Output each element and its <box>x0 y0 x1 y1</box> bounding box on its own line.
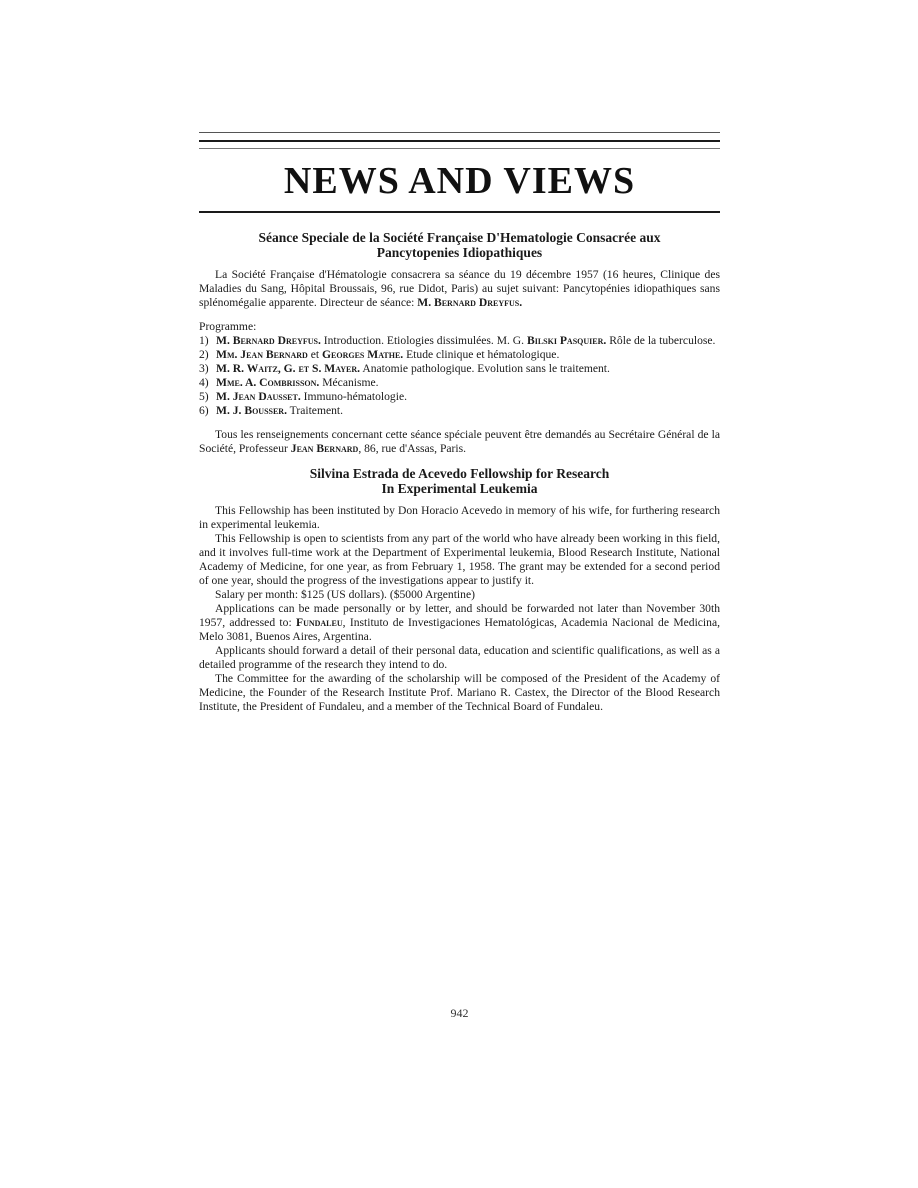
item-number: 3) <box>199 362 216 376</box>
heading-line-1: Silvina Estrada de Acevedo Fellowship fo… <box>199 466 720 481</box>
item-text: Immuno-hématologie. <box>301 390 407 403</box>
fellowship-paragraph: This Fellowship has been instituted by D… <box>199 504 720 532</box>
speaker-name: Mm. Jean Bernard <box>216 348 308 361</box>
programme-item: 6)M. J. Bousser. Traitement. <box>199 404 720 418</box>
secretary-name: Jean Bernard <box>291 442 359 455</box>
closing-paragraph: Tous les renseignements concernant cette… <box>199 428 720 456</box>
masthead-title: NEWS AND VIEWS <box>199 158 720 204</box>
fellowship-paragraph: Applicants should forward a detail of th… <box>199 644 720 672</box>
heading-line-2: Pancytopenies Idiopathiques <box>199 245 720 260</box>
item-number: 4) <box>199 376 216 390</box>
committee-paragraph: The Committee for the awarding of the sc… <box>199 672 720 714</box>
director-name: M. Bernard Dreyfus. <box>417 296 522 309</box>
item-text: Mécanisme. <box>319 376 378 389</box>
item-number: 5) <box>199 390 216 404</box>
organization-name: Fundaleu <box>296 616 343 629</box>
article-body: Séance Speciale de la Société Française … <box>199 230 720 714</box>
top-rule-thick <box>199 140 720 142</box>
programme-item: 1)M. Bernard Dreyfus. Introduction. Etio… <box>199 334 720 348</box>
programme-list: 1)M. Bernard Dreyfus. Introduction. Etio… <box>199 334 720 418</box>
intro-paragraph: La Société Française d'Hématologie consa… <box>199 268 720 310</box>
item-text: Etude clinique et hématologique. <box>403 348 559 361</box>
item-number: 6) <box>199 404 216 418</box>
section-heading: Silvina Estrada de Acevedo Fellowship fo… <box>199 466 720 496</box>
top-rule-thin-lower <box>199 148 720 149</box>
speaker-name: Georges Mathe. <box>322 348 403 361</box>
programme-item: 4)Mme. A. Combrisson. Mécanisme. <box>199 376 720 390</box>
seance-speciale-section: Séance Speciale de la Société Française … <box>199 230 720 456</box>
programme-label: Programme: <box>199 320 720 334</box>
closing-address: , 86, rue d'Assas, Paris. <box>358 442 466 455</box>
item-number: 2) <box>199 348 216 362</box>
speaker-name: M. J. Bousser. <box>216 404 287 417</box>
masthead-bottom-rule <box>199 211 720 213</box>
programme-item: 2)Mm. Jean Bernard et Georges Mathe. Etu… <box>199 348 720 362</box>
speaker-name: Mme. A. Combrisson. <box>216 376 319 389</box>
top-rule-thin <box>199 132 720 133</box>
heading-line-1: Séance Speciale de la Société Française … <box>199 230 720 245</box>
section-heading: Séance Speciale de la Société Française … <box>199 230 720 260</box>
fellowship-paragraph: This Fellowship is open to scientists fr… <box>199 532 720 588</box>
item-text: Introduction. Etiologies dissimulées. M.… <box>321 334 527 347</box>
programme-item: 5)M. Jean Dausset. Immuno-hématologie. <box>199 390 720 404</box>
speaker-name: M. R. Waitz, G. et S. Mayer. <box>216 362 360 375</box>
item-text: Traitement. <box>287 404 343 417</box>
speaker-name: M. Bernard Dreyfus. <box>216 334 321 347</box>
heading-line-2: In Experimental Leukemia <box>199 481 720 496</box>
fellowship-section: Silvina Estrada de Acevedo Fellowship fo… <box>199 466 720 714</box>
applications-paragraph: Applications can be made personally or b… <box>199 602 720 644</box>
item-text: et <box>308 348 322 361</box>
salary-paragraph: Salary per month: $125 (US dollars). ($5… <box>199 588 720 602</box>
item-text: Rôle de la tuberculose. <box>606 334 715 347</box>
item-text: Anatomie pathologique. Evolution sans le… <box>360 362 610 375</box>
speaker-name: Bilski Pasquier. <box>527 334 606 347</box>
speaker-name: M. Jean Dausset. <box>216 390 301 403</box>
item-number: 1) <box>199 334 216 348</box>
page-number: 942 <box>199 1006 720 1021</box>
programme-item: 3)M. R. Waitz, G. et S. Mayer. Anatomie … <box>199 362 720 376</box>
